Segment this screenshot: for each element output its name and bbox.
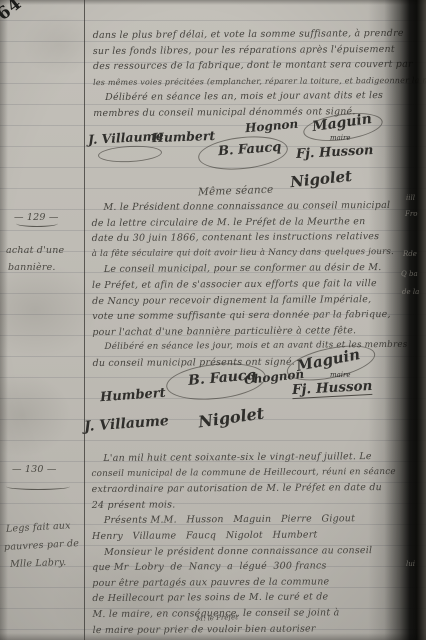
signature-nigolet: Nigolet: [289, 167, 353, 191]
book-gutter-shadow: [368, 0, 426, 640]
interline-insertion: M. le Préfet: [196, 613, 238, 622]
next-page-ghost-text: Q ba: [401, 270, 418, 278]
signature-maguin-title: maire: [330, 134, 351, 142]
margin-note-banniere: bannière.: [8, 262, 56, 273]
entry-130-paragraph: L'an mil huit cent soixante-six le vingt…: [91, 449, 392, 638]
session-heading: Même séance: [198, 184, 274, 199]
page-top-edge: [0, 0, 426, 5]
signature-humbert: Humbert: [100, 386, 167, 406]
handwriting-line: le maire pour prier de vouloir bien auto…: [93, 620, 393, 638]
margin-entry-number-130: — 130 —: [12, 464, 57, 475]
next-page-ghost-text: iill: [406, 194, 415, 202]
entry-129-continuation-paragraph: dans le plus bref délai, et vote la somm…: [93, 26, 394, 122]
signature-humbert: Humbert: [152, 128, 216, 145]
margin-note-legs-2: pauvres par de: [4, 538, 80, 553]
margin-underline: [16, 220, 58, 227]
signature-husson: Fj. Husson: [296, 143, 374, 162]
margin-note-legs-3: Mlle Labry.: [10, 557, 67, 570]
next-page-ghost-text: de la: [402, 288, 419, 296]
signature-maguin-title: maire: [330, 371, 351, 379]
next-page-ghost-text: Fro: [405, 210, 417, 218]
signature-flourish: [98, 144, 163, 163]
next-page-ghost-text: Rde: [403, 250, 417, 258]
margin-rule-line: [84, 0, 85, 640]
margin-underline: [6, 483, 70, 490]
manuscript-page: 64 dans le plus bref délai, et vote la s…: [0, 0, 426, 640]
margin-note-achat: achat d'une: [6, 245, 64, 256]
page-number: 64: [0, 0, 26, 25]
next-page-ghost-text: lui: [406, 560, 415, 568]
signature-nigolet: Nigolet: [197, 403, 265, 431]
signature-villaume: J. Villaume: [84, 413, 170, 435]
signature-husson: Fj. Husson: [292, 378, 373, 399]
margin-note-legs-1: Legs fait aux: [6, 520, 71, 534]
